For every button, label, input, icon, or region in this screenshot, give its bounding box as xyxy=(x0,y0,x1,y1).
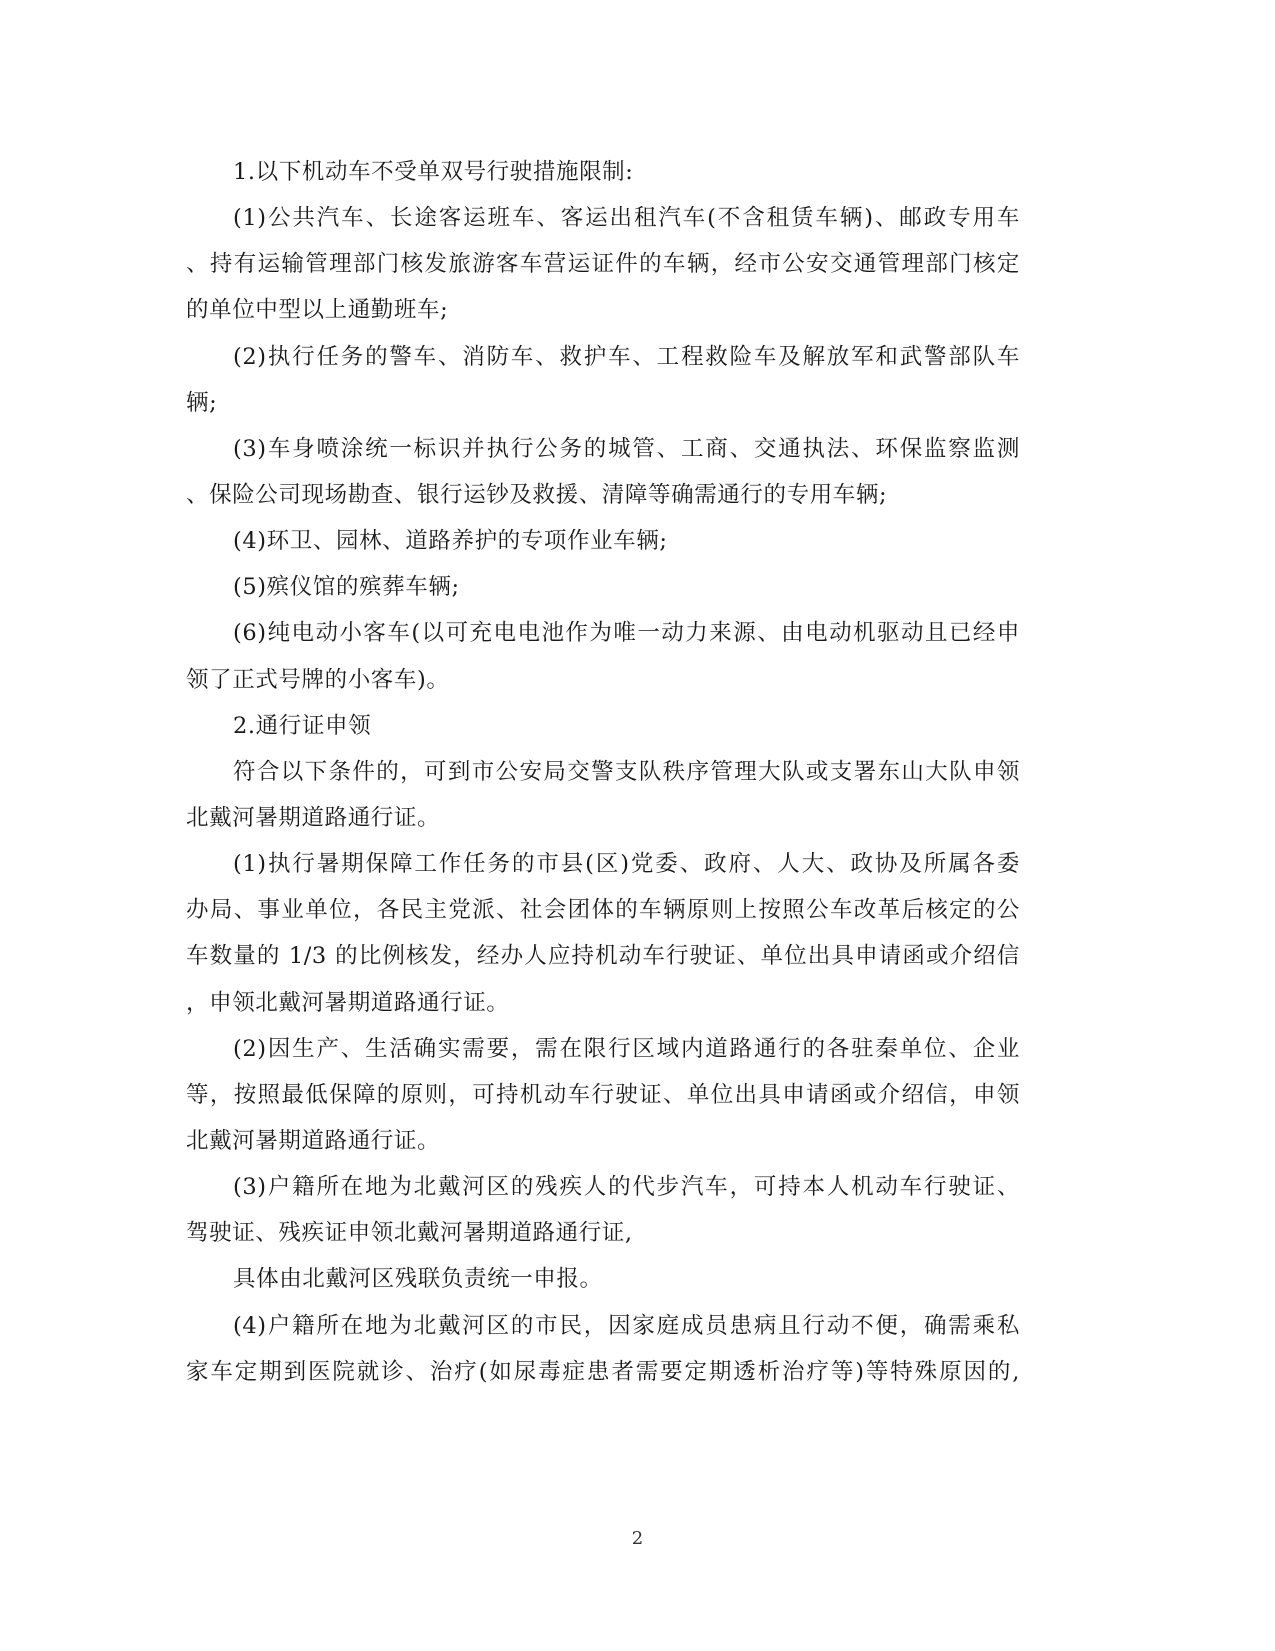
document-page: 1.以下机动车不受单双号行驶措施限制:(1)公共汽车、长途客运班车、客运出租汽车… xyxy=(0,0,1275,1651)
text-line: (2)执行任务的警车、消防车、救护车、工程救险车及解放军和武警部队车 xyxy=(186,339,1020,385)
text-line: (4)户籍所在地为北戴河区的市民，因家庭成员患病且行动不便，确需乘私 xyxy=(186,1308,1020,1354)
text-line: 、保险公司现场勘查、银行运钞及救援、清障等确需通行的专用车辆; xyxy=(186,477,1020,523)
text-line: 等，按照最低保障的原则，可持机动车行驶证、单位出具申请函或介绍信，申领 xyxy=(186,1077,1020,1123)
text-line: (2)因生产、生活确实需要，需在限行区域内道路通行的各驻秦单位、企业 xyxy=(186,1031,1020,1077)
text-line: (6)纯电动小客车(以可充电电池作为唯一动力来源、由电动机驱动且已经申 xyxy=(186,615,1020,661)
text-line: 领了正式号牌的小客车)。 xyxy=(186,662,1020,708)
page-number: 2 xyxy=(0,1528,1275,1549)
text-line: (3)户籍所在地为北戴河区的残疾人的代步汽车，可持本人机动车行驶证、 xyxy=(186,1169,1020,1215)
text-line: 北戴河暑期道路通行证。 xyxy=(186,800,1020,846)
text-line: (5)殡仪馆的殡葬车辆; xyxy=(186,569,1020,615)
text-line: 办局、事业单位，各民主党派、社会团体的车辆原则上按照公车改革后核定的公 xyxy=(186,892,1020,938)
text-line: (1)公共汽车、长途客运班车、客运出租汽车(不含租赁车辆)、邮政专用车 xyxy=(186,200,1020,246)
text-line: 车数量的 1/3 的比例核发，经办人应持机动车行驶证、单位出具申请函或介绍信 xyxy=(186,938,1020,984)
text-line: ，申领北戴河暑期道路通行证。 xyxy=(186,985,1020,1031)
text-line: 辆; xyxy=(186,385,1020,431)
text-line: 符合以下条件的，可到市公安局交警支队秩序管理大队或支署东山大队申领 xyxy=(186,754,1020,800)
text-line: (3)车身喷涂统一标识并执行公务的城管、工商、交通执法、环保监察监测 xyxy=(186,431,1020,477)
text-line: 1.以下机动车不受单双号行驶措施限制: xyxy=(186,154,1020,200)
text-line: 具体由北戴河区残联负责统一申报。 xyxy=(186,1261,1020,1307)
text-line: (1)执行暑期保障工作任务的市县(区)党委、政府、人大、政协及所属各委 xyxy=(186,846,1020,892)
text-line: 北戴河暑期道路通行证。 xyxy=(186,1123,1020,1169)
document-body: 1.以下机动车不受单双号行驶措施限制:(1)公共汽车、长途客运班车、客运出租汽车… xyxy=(186,154,1020,1400)
text-line: 家车定期到医院就诊、治疗(如尿毒症患者需要定期透析治疗等)等特殊原因的, xyxy=(186,1354,1020,1400)
text-line: 驾驶证、残疾证申领北戴河暑期道路通行证, xyxy=(186,1215,1020,1261)
text-line: 2.通行证申领 xyxy=(186,708,1020,754)
text-line: (4)环卫、园林、道路养护的专项作业车辆; xyxy=(186,523,1020,569)
text-line: 的单位中型以上通勤班车; xyxy=(186,292,1020,338)
text-line: 、持有运输管理部门核发旅游客车营运证件的车辆，经市公安交通管理部门核定 xyxy=(186,246,1020,292)
